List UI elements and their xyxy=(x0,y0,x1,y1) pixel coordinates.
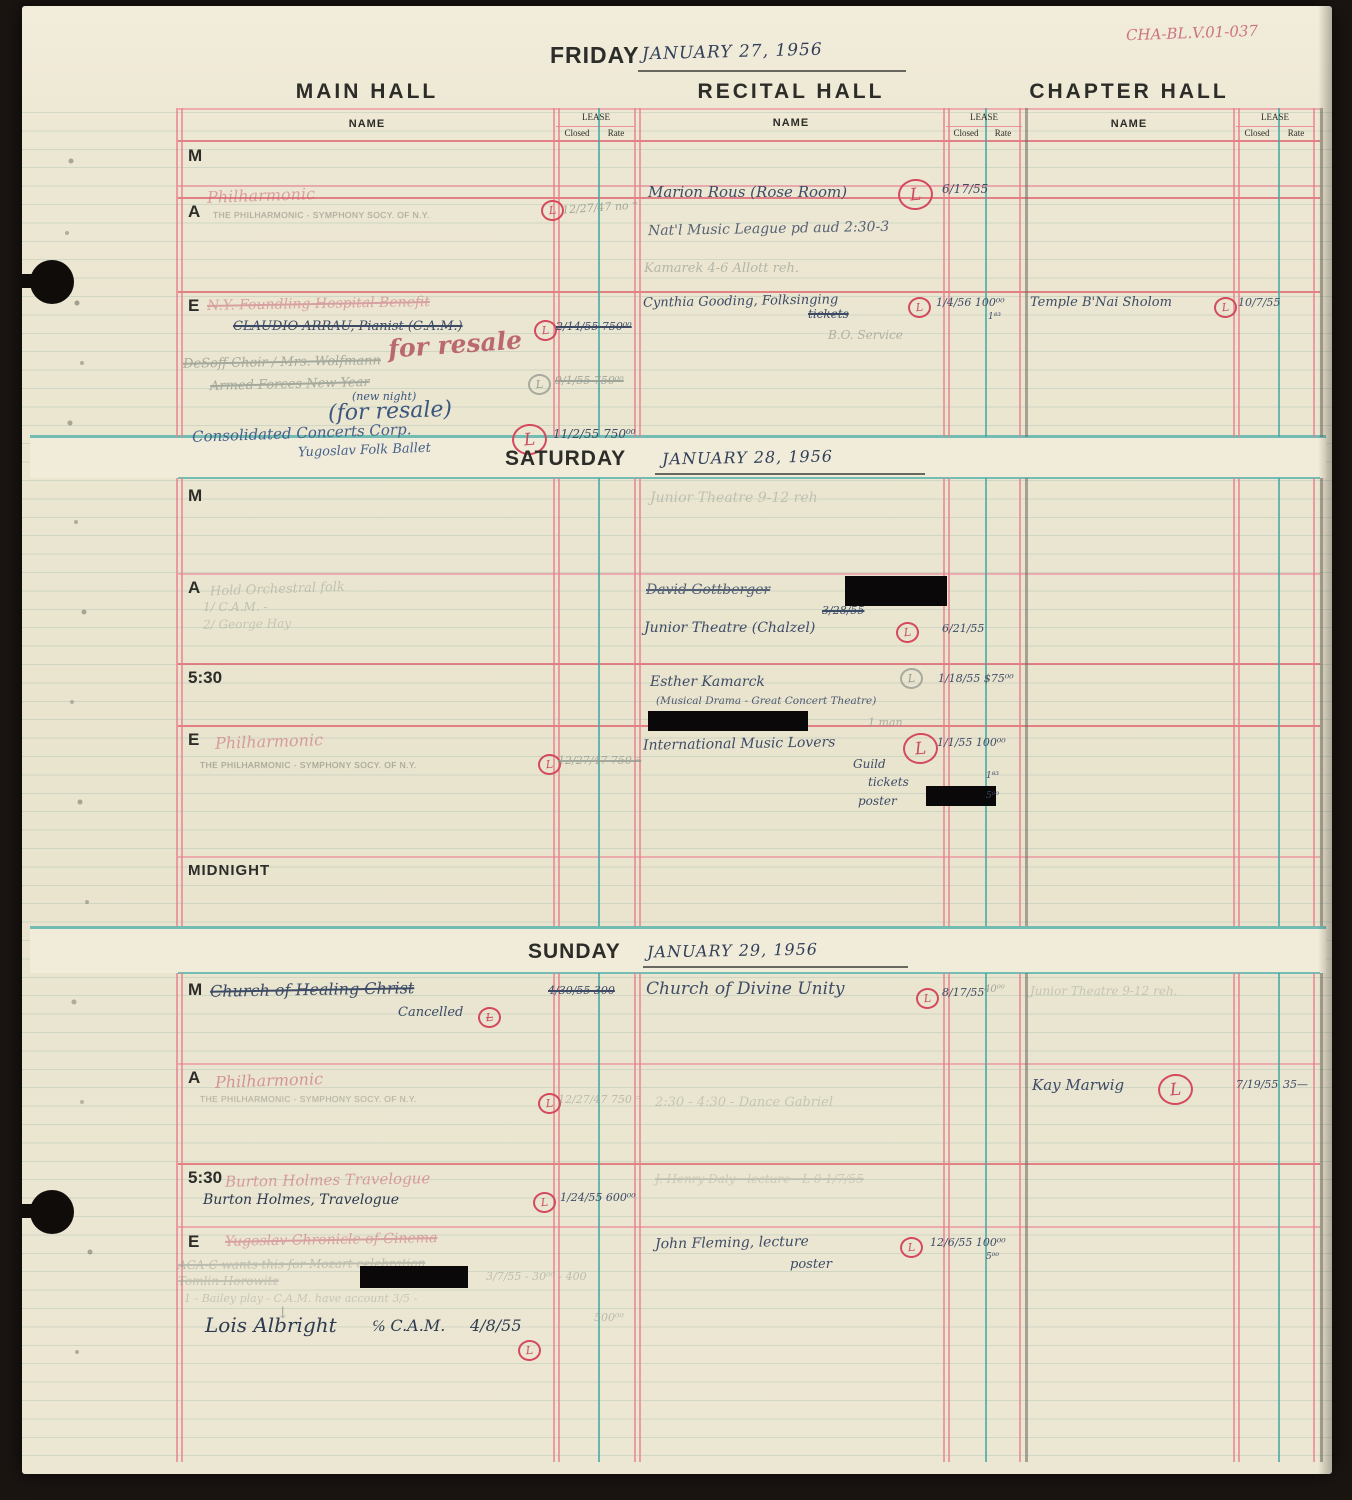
column-rule xyxy=(1233,973,1235,1462)
col-rate-main: Rate xyxy=(598,128,634,138)
lease-fee: 1⁸³ xyxy=(986,771,999,781)
row-rule xyxy=(178,856,1320,858)
day-date-sunday: JANUARY 29, 1956 xyxy=(647,940,818,962)
entry-bailey-note: 1 - Bailey play - C.A.M. have account 3/… xyxy=(184,1292,417,1305)
row-label-a: A xyxy=(188,578,200,598)
note-bo-service: B.O. Service xyxy=(828,328,903,342)
entry-george-hay: 2/ George Hay xyxy=(203,616,291,632)
philharmonic-stamp: THE PHILHARMONIC - SYMPHONY SOCY. OF N.Y… xyxy=(200,760,417,770)
lease-fee: 5⁰⁰ xyxy=(986,1252,999,1262)
section-rule xyxy=(178,972,1320,974)
note-poster: poster xyxy=(790,1257,832,1272)
column-rule xyxy=(1313,478,1315,926)
column-rule xyxy=(558,108,560,437)
lease-entry: 1/1/55 100⁰⁰ xyxy=(937,736,1006,749)
lease-fee: 5⁰⁰ xyxy=(986,791,999,801)
hole-punch-tail xyxy=(22,1204,38,1218)
note-tickets: tickets xyxy=(808,307,849,321)
date-underline xyxy=(638,70,906,72)
day-label-saturday: SATURDAY xyxy=(505,447,626,471)
column-rule xyxy=(985,478,987,926)
row-rule xyxy=(178,1163,1320,1165)
redaction-box xyxy=(360,1266,468,1288)
entry-esther-kamarck: Esther Kamarck xyxy=(650,674,765,690)
philharmonic-stamp: THE PHILHARMONIC - SYMPHONY SOCY. OF N.Y… xyxy=(213,210,430,220)
column-rule xyxy=(181,478,183,926)
row-label-m: M xyxy=(188,146,202,166)
row-label-m: M xyxy=(188,486,202,506)
column-rule xyxy=(176,478,178,926)
entry-john-fleming: John Fleming, lecture xyxy=(655,1234,809,1253)
column-rule xyxy=(553,478,555,926)
column-rule xyxy=(1233,478,1235,926)
column-rule xyxy=(1238,973,1240,1462)
entry-co-cam: ℅ C.A.M. xyxy=(372,1316,445,1336)
lease-rule xyxy=(946,126,1022,127)
column-rule xyxy=(1313,973,1315,1462)
column-rule xyxy=(639,973,641,1462)
column-rule xyxy=(639,478,641,926)
entry-church-divine-unity: Church of Divine Unity xyxy=(646,979,845,999)
lease-entry: 9/1/55 750⁰⁰ xyxy=(555,374,624,387)
section-rule xyxy=(178,477,1320,479)
entry-junior-theatre-reh: Junior Theatre 9-12 reh. xyxy=(1030,984,1178,998)
entry-kamarck-sub: (Musical Drama - Great Concert Theatre) xyxy=(656,695,876,707)
row-label-midnight: MIDNIGHT xyxy=(188,862,270,879)
paper-speckles xyxy=(0,0,2,2)
column-rule xyxy=(943,973,945,1462)
column-rule xyxy=(634,108,636,437)
col-closed-main: Closed xyxy=(556,128,598,138)
column-rule xyxy=(634,478,636,926)
entry-cam-note: 1/ C.A.M. - xyxy=(203,600,268,614)
lease-rate: 40⁰⁰ xyxy=(984,984,1005,995)
lease-entry: 8/17/55 xyxy=(942,986,984,999)
col-rate-recital: Rate xyxy=(985,128,1021,138)
entry-philharmonic: Philharmonic xyxy=(215,1069,324,1092)
day-date-saturday: JANUARY 28, 1956 xyxy=(662,447,833,469)
col-name-recital: NAME xyxy=(691,117,891,129)
row-label-530: 5:30 xyxy=(188,1168,222,1188)
column-rule xyxy=(1019,973,1021,1462)
row-rule xyxy=(178,573,1320,575)
column-rule xyxy=(1278,973,1280,1462)
col-name-chapter: NAME xyxy=(1029,118,1229,130)
column-rule xyxy=(948,973,950,1462)
row-label-530: 5:30 xyxy=(188,668,222,688)
column-rule xyxy=(634,973,636,1462)
date-underline xyxy=(655,473,925,475)
lease-entry: 6/21/55 xyxy=(942,622,984,635)
entry-burton-holmes-red: Burton Holmes Travelogue xyxy=(225,1169,431,1191)
redaction-box xyxy=(845,576,947,606)
entry-church-healing-christ: Church of Healing Christ xyxy=(210,978,415,1001)
lease-entry: 1/24/55 600⁰⁰ xyxy=(560,1191,636,1204)
lease-entry: 1/4/56 100⁰⁰ xyxy=(936,296,1005,309)
entry-junior-theatre-reh: Junior Theatre 9-12 reh xyxy=(650,490,818,506)
lease-entry: 11/2/55 750⁰⁰ xyxy=(553,427,636,441)
entry-lois-albright: Lois Albright xyxy=(205,1313,337,1337)
lease-entry: 3/28/55 xyxy=(822,604,864,617)
lease-entry: 10/7/55 xyxy=(1238,296,1280,309)
col-lease-chapter: LEASE xyxy=(1236,112,1314,122)
entry-philharmonic: Philharmonic xyxy=(215,730,324,753)
col-name-main: NAME xyxy=(267,118,467,130)
entry-henry-daly: J. Henry Daly - lecture - L 0 1/7/55 xyxy=(655,1172,864,1186)
entry-kay-marwig: Kay Marwig xyxy=(1032,1076,1124,1094)
row-rule xyxy=(178,1063,1320,1065)
note-cancelled: Cancelled xyxy=(398,1005,463,1020)
lease-entry: 4/30/55 300 xyxy=(548,984,615,997)
column-rule xyxy=(1025,108,1028,437)
hall-header-recital: RECITAL HALL xyxy=(691,80,891,104)
column-rule xyxy=(1019,108,1021,437)
column-rule xyxy=(598,973,600,1462)
day-label-sunday: SUNDAY xyxy=(528,940,621,964)
redaction-box xyxy=(648,711,808,731)
column-rule xyxy=(943,108,945,437)
lease-entry: 12/27/47 750 ⁼ xyxy=(558,754,641,767)
row-rule xyxy=(178,663,1320,665)
column-rule xyxy=(948,478,950,926)
philharmonic-stamp: THE PHILHARMONIC - SYMPHONY SOCY. OF N.Y… xyxy=(200,1094,417,1104)
entry-tomlin-dates: 3/7/55 - 30⁰⁰ - 400 xyxy=(486,1270,587,1283)
entry-tomlin-horowitz: Tomlin Horowitz xyxy=(178,1274,279,1288)
entry-temple-bnai-sholom: Temple B'Nai Sholom xyxy=(1030,295,1172,310)
column-rule xyxy=(1278,108,1280,437)
column-rule xyxy=(176,973,178,1462)
row-label-m: M xyxy=(188,980,202,1000)
date-underline xyxy=(643,966,908,968)
col-closed-recital: Closed xyxy=(946,128,986,138)
column-rule xyxy=(553,973,555,1462)
row-label-a: A xyxy=(188,202,200,222)
row-label-a: A xyxy=(188,1068,200,1088)
hall-header-chapter: CHAPTER HALL xyxy=(1029,80,1229,104)
lease-entry: 7/19/55 xyxy=(1236,1078,1278,1091)
column-rule xyxy=(181,108,183,437)
lease-entry: 12/27/47 750 ⁼ xyxy=(558,1093,641,1106)
col-lease-main: LEASE xyxy=(556,112,636,122)
entry-intl-music-lovers: International Music Lovers xyxy=(643,734,836,753)
entry-kamarek-reh: Kamarek 4-6 Allott reh. xyxy=(644,261,799,276)
col-rate-chapter: Rate xyxy=(1278,128,1314,138)
row-rule xyxy=(178,291,1320,293)
section-rule xyxy=(30,926,1326,929)
note-guild: Guild xyxy=(853,757,886,771)
entry-david-gottberger: David Gottberger xyxy=(646,582,770,598)
column-rule xyxy=(176,108,178,437)
column-rule xyxy=(598,478,600,926)
entry-philharmonic: Philharmonic xyxy=(207,184,316,207)
note-1-man: 1 man xyxy=(868,716,903,729)
entry-burton-holmes: Burton Holmes, Travelogue xyxy=(203,1192,399,1208)
column-rule xyxy=(985,108,987,437)
column-rule xyxy=(1233,108,1235,437)
column-rule xyxy=(181,973,183,1462)
entry-dance-gabriel: 2:30 - 4:30 - Dance Gabriel xyxy=(655,1095,833,1110)
note-tickets: tickets xyxy=(868,775,909,789)
table-rule xyxy=(178,140,1320,142)
day-label-friday: FRIDAY xyxy=(550,42,640,69)
column-rule xyxy=(1238,478,1240,926)
column-rule xyxy=(1019,478,1021,926)
column-rule xyxy=(1278,478,1280,926)
column-rule xyxy=(985,973,987,1462)
column-rule xyxy=(1313,108,1315,437)
ledger-scan: CHA-BL.V.01-037 FRIDAY JANUARY 27, 1956 … xyxy=(0,0,1352,1500)
entry-marion-rous: Marion Rous (Rose Room) xyxy=(648,183,847,201)
row-label-e: E xyxy=(188,730,199,750)
entry-albright-date: 4/8/55 xyxy=(470,1316,522,1335)
column-rule xyxy=(558,973,560,1462)
column-rule xyxy=(943,478,945,926)
entry-junior-theatre-chalzel: Junior Theatre (Chalzel) xyxy=(644,620,815,636)
column-rule xyxy=(553,108,555,437)
lease-rule xyxy=(1236,126,1314,127)
note-poster: poster xyxy=(858,794,897,808)
column-rule xyxy=(948,108,950,437)
lease-rate: 500⁰⁰ xyxy=(594,1311,624,1324)
col-lease-recital: LEASE xyxy=(946,112,1022,122)
lease-rate: 35— xyxy=(1283,1078,1308,1091)
col-closed-chapter: Closed xyxy=(1236,128,1278,138)
column-rule xyxy=(558,478,560,926)
paper-edge-shadow xyxy=(1318,6,1332,1474)
table-rule xyxy=(178,108,1320,110)
hall-header-main: MAIN HALL xyxy=(267,80,467,104)
lease-entry: 1/18/55 $75⁰⁰ xyxy=(938,672,1014,685)
row-rule xyxy=(178,1226,1320,1228)
hole-punch-tail xyxy=(22,274,38,288)
row-label-e: E xyxy=(188,1232,199,1252)
column-rule xyxy=(1025,478,1028,926)
lease-entry: 2/14/55 750⁰⁰ xyxy=(556,320,632,333)
column-rule xyxy=(598,108,600,437)
lease-entry: 6/17/55 xyxy=(942,182,988,196)
lease-fee: 1⁸³ xyxy=(988,312,1001,322)
column-rule xyxy=(639,108,641,437)
lease-rule xyxy=(556,126,634,127)
column-rule xyxy=(1238,108,1240,437)
column-rule xyxy=(1025,973,1028,1462)
lease-entry: 12/6/55 100⁰⁰ xyxy=(930,1236,1006,1249)
row-label-e: E xyxy=(188,296,199,316)
